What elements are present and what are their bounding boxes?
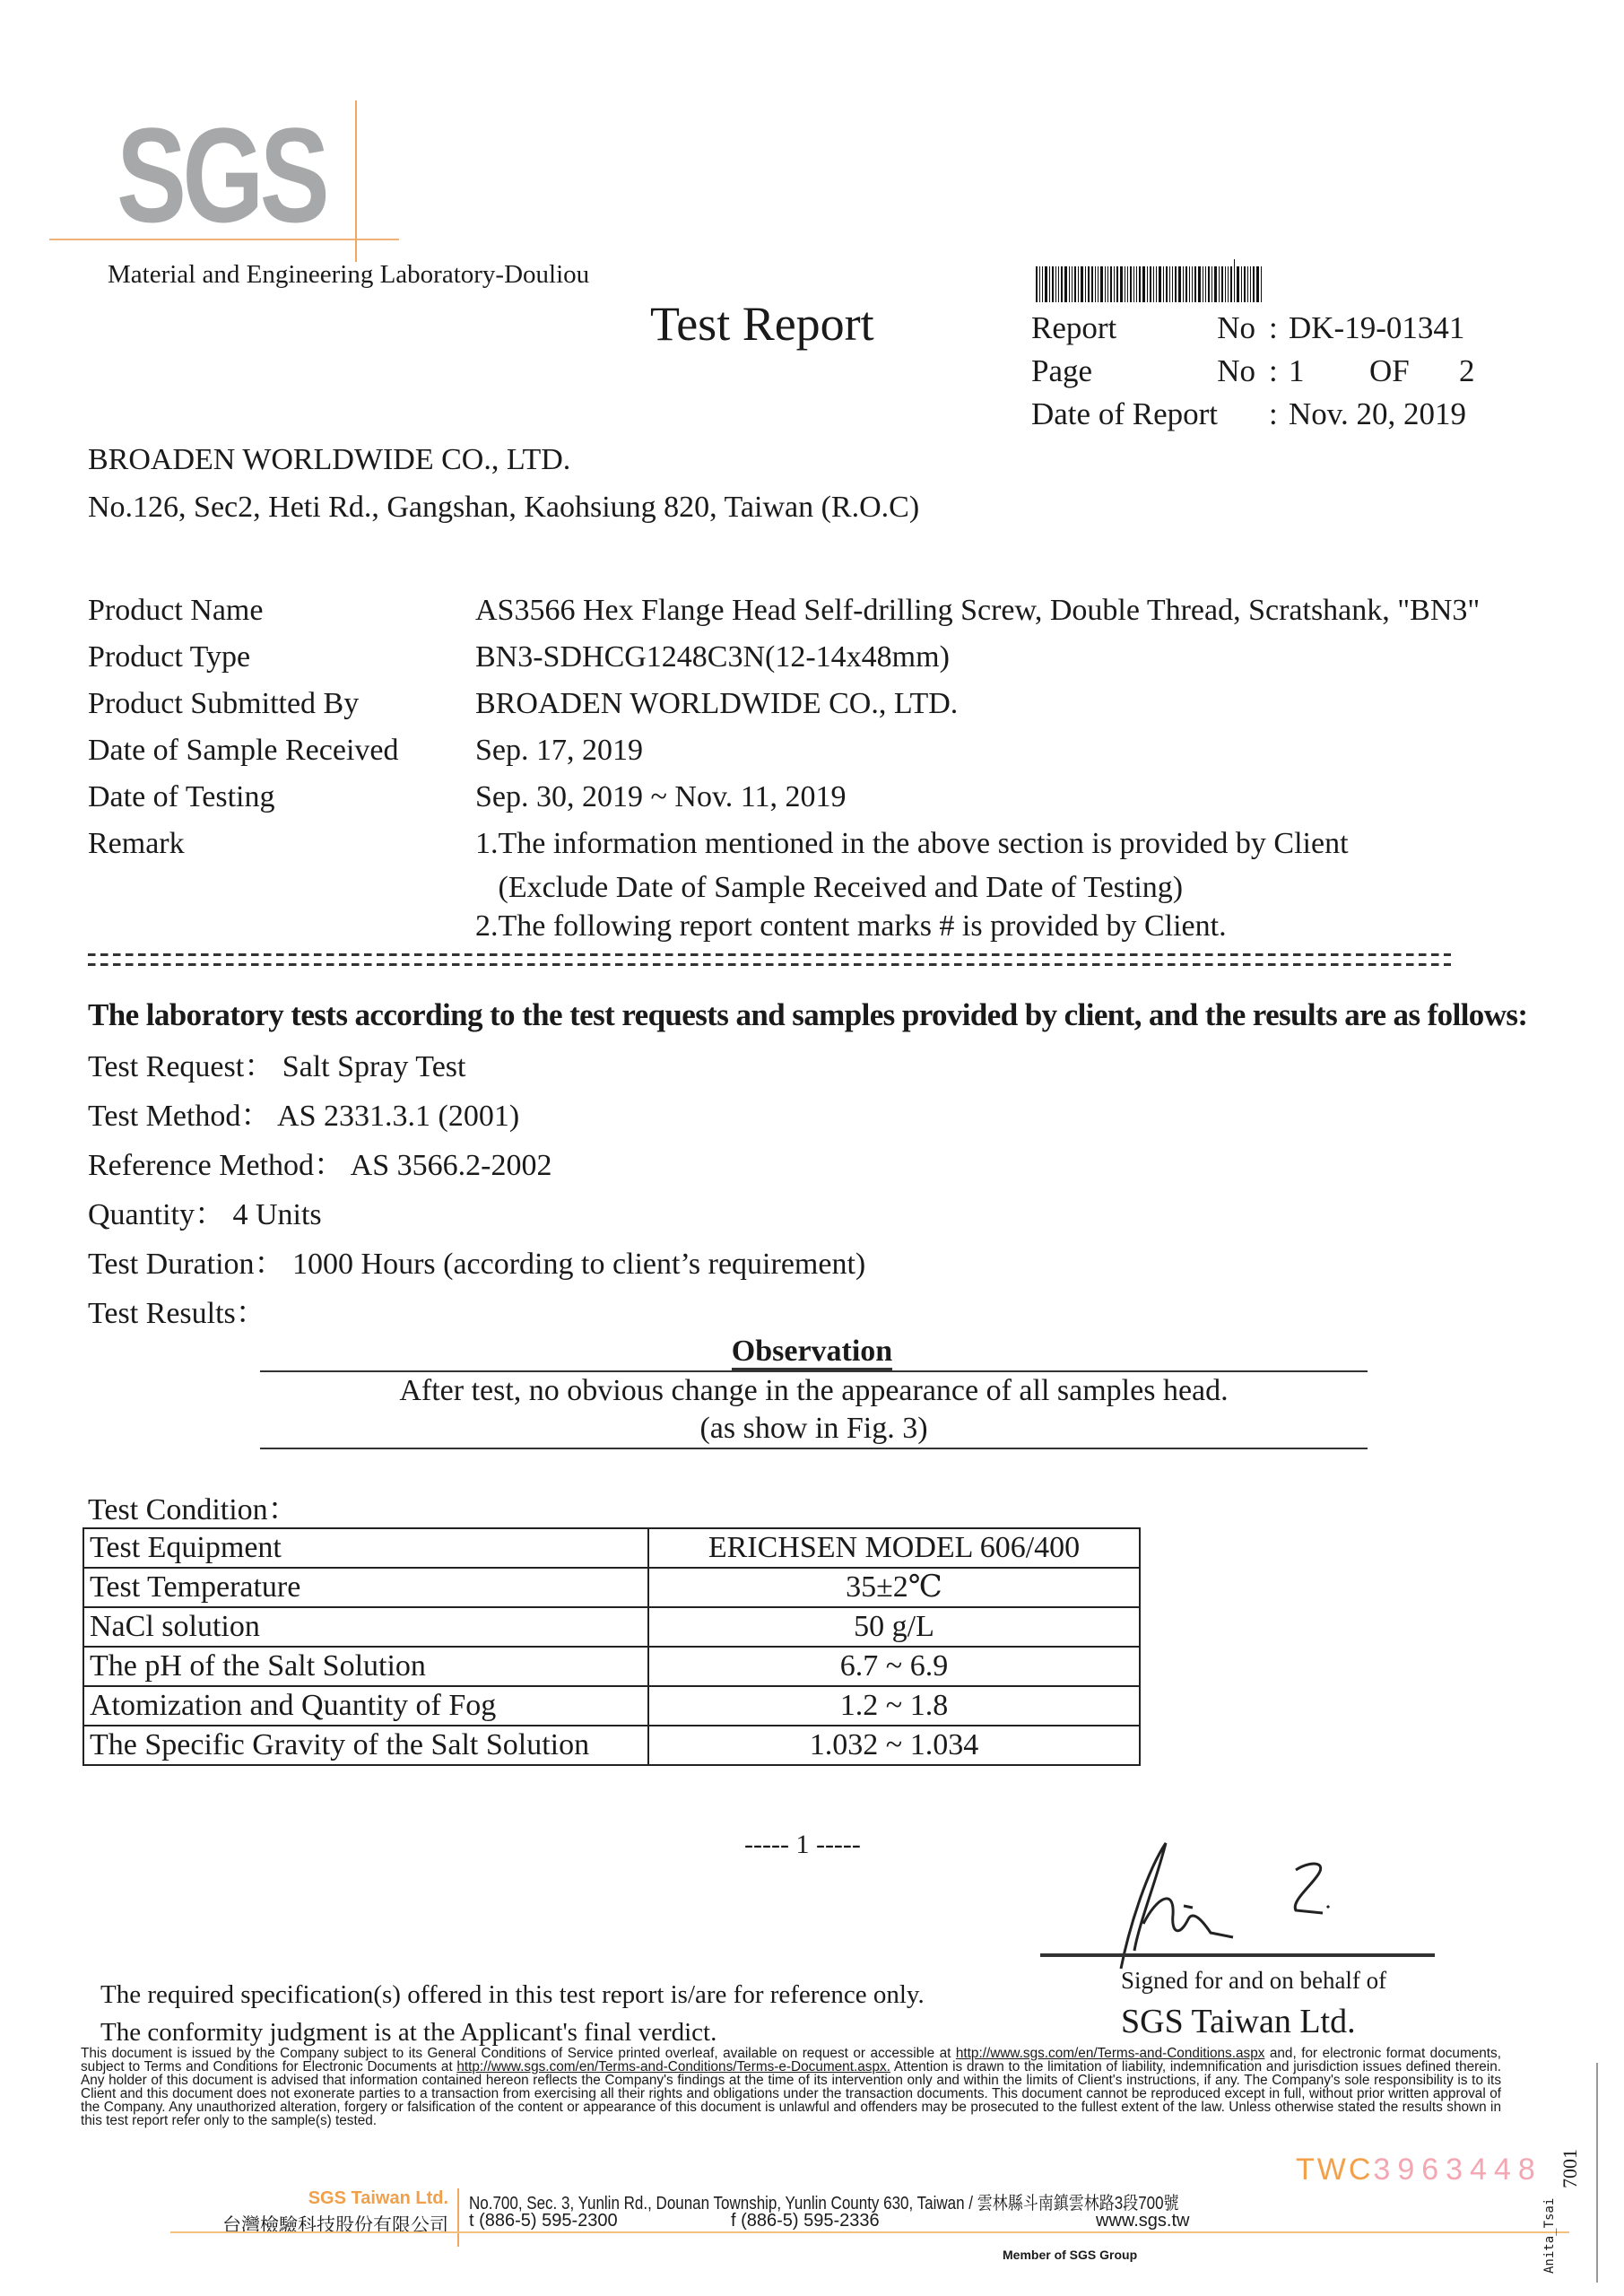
table-row: Test EquipmentERICHSEN MODEL 606/400 [83,1528,1140,1568]
info-label: Product Submitted By [88,681,475,727]
product-info: Product NameAS3566 Hex Flange Head Self-… [88,587,1480,944]
report-no-label: Report [1031,307,1116,350]
info-label [88,909,475,944]
info-value: BN3-SDHCG1248C3N(12-14x48mm) [475,634,950,681]
table-row: Atomization and Quantity of Fog1.2 ~ 1.8 [83,1686,1140,1726]
observation-text: After test, no obvious change in the app… [260,1372,1368,1448]
info-row: (Exclude Date of Sample Received and Dat… [88,867,1480,909]
footer-phone: t (886-5) 595-2300 [469,2211,618,2231]
condition-value: 50 g/L [648,1607,1140,1647]
stamp-prefix: TWC [1296,2152,1373,2187]
footer-company-zh: 台灣檢驗科技股份有限公司 [108,2211,448,2238]
report-meta: ReportNo : DK-19-01341 PageNo : 1 OF 2 D… [1031,307,1475,436]
info-label [88,867,475,909]
test-results-label: Test Results： [88,1289,865,1338]
date-label: Date of Report [1031,393,1218,436]
info-row: Product NameAS3566 Hex Flange Head Self-… [88,587,1480,634]
info-row: Remark1.The information mentioned in the… [88,821,1480,867]
signing-company: SGS Taiwan Ltd. [1121,2002,1356,2041]
lab-name: Material and Engineering Laboratory-Doul… [108,260,589,290]
condition-value: 35±2℃ [648,1568,1140,1607]
condition-value: 1.2 ~ 1.8 [648,1686,1140,1726]
footer-rule [170,2231,1569,2233]
info-value: BROADEN WORLDWIDE CO., LTD. [475,681,958,727]
info-label: Product Type [88,634,475,681]
page-total: 2 [1459,350,1475,393]
footer-website[interactable]: www.sgs.tw [1096,2211,1189,2231]
condition-value: 6.7 ~ 6.9 [648,1647,1140,1686]
condition-key: Test Temperature [83,1568,648,1607]
condition-value: ERICHSEN MODEL 606/400 [648,1528,1140,1568]
report-number: DK-19-01341 [1289,307,1464,350]
separator: : [1269,307,1289,350]
signature-line [1040,1953,1435,1957]
table-row: The Specific Gravity of the Salt Solutio… [83,1726,1140,1765]
info-value: 1.The information mentioned in the above… [475,821,1349,867]
condition-value: 1.032 ~ 1.034 [648,1726,1140,1765]
info-value: (Exclude Date of Sample Received and Dat… [475,867,1183,909]
test-condition-label: Test Condition： [88,1484,299,1528]
info-row: Product TypeBN3-SDHCG1248C3N(12-14x48mm) [88,634,1480,681]
report-date-row: Date of Report : Nov. 20, 2019 [1031,393,1475,436]
info-row: Product Submitted ByBROADEN WORLDWIDE CO… [88,681,1480,727]
divider [88,963,1451,966]
observation-line: (as show in Fig. 3) [260,1410,1368,1448]
client-address: No.126, Sec2, Heti Rd., Gangshan, Kaohsi… [88,491,919,525]
footer-divider [457,2188,459,2247]
quantity: Quantity： 4 Units [88,1190,865,1239]
table-row: The pH of the Salt Solution6.7 ~ 6.9 [83,1647,1140,1686]
condition-key: NaCl solution [83,1607,648,1647]
observation-line: After test, no obvious change in the app… [260,1372,1368,1410]
condition-key: The pH of the Salt Solution [83,1647,648,1686]
info-label: Product Name [88,587,475,634]
separator: : [1269,350,1289,393]
operator-code: Anita_Tsai [1542,2198,1557,2274]
info-value: 2.The following report content marks # i… [475,909,1227,944]
disclaimer-line: The required specification(s) offered in… [100,1976,925,2013]
observation-rule-bottom [260,1448,1368,1449]
info-row: Date of Sample ReceivedSep. 17, 2019 [88,727,1480,774]
page-label2: No [1217,350,1255,393]
report-no-label2: No [1217,307,1255,350]
page-label: Page [1031,350,1092,393]
info-label: Date of Testing [88,774,475,821]
observation-heading: Observation [732,1335,892,1371]
page-of: OF [1369,350,1459,393]
client-name: BROADEN WORLDWIDE CO., LTD. [88,443,570,477]
test-method: Test Method： AS 2331.3.1 (2001) [88,1091,865,1141]
signed-for: Signed for and on behalf of [1121,1967,1386,1995]
observation-title: Observation [0,1335,1624,1369]
table-row: NaCl solution50 g/L [83,1607,1140,1647]
table-row: Test Temperature35±2℃ [83,1568,1140,1607]
legal-fine-print: This document is issued by the Company s… [81,2047,1501,2127]
condition-key: Test Equipment [83,1528,648,1568]
footer-company-en: SGS Taiwan Ltd. [108,2188,448,2209]
condition-key: The Specific Gravity of the Salt Solutio… [83,1726,648,1765]
info-value: AS3566 Hex Flange Head Self-drilling Scr… [475,587,1480,634]
operator-number: 7001 [1559,2149,1582,2188]
disclaimer: The required specification(s) offered in… [100,1976,925,2051]
barcode [1036,266,1390,302]
page-number-row: PageNo : 1 OF 2 [1031,350,1475,393]
results-intro: The laboratory tests according to the te… [88,997,1527,1033]
page-mark: ----- 1 ----- [744,1830,861,1860]
test-details: Test Request： Salt Spray Test Test Metho… [88,1042,865,1338]
info-value: Sep. 17, 2019 [475,727,643,774]
separator: : [1269,393,1289,436]
info-label: Remark [88,821,475,867]
footer-member: Member of SGS Group [1003,2248,1137,2262]
page-edge [1596,2063,1598,2283]
info-row: Date of TestingSep. 30, 2019 ~ Nov. 11, … [88,774,1480,821]
info-value: Sep. 30, 2019 ~ Nov. 11, 2019 [475,774,846,821]
page-title: Test Report [650,296,874,352]
stamp-number: 3963448 [1373,2152,1541,2187]
info-label: Date of Sample Received [88,727,475,774]
sgs-logo: SGS [117,108,326,242]
footer-fax: f (886-5) 595-2336 [731,2211,880,2231]
reference-method: Reference Method： AS 3566.2-2002 [88,1141,865,1190]
footer-company: SGS Taiwan Ltd. 台灣檢驗科技股份有限公司 [108,2188,448,2238]
report-number-row: ReportNo : DK-19-01341 [1031,307,1475,350]
test-condition-table: Test EquipmentERICHSEN MODEL 606/400 Tes… [83,1527,1141,1766]
test-request: Test Request： Salt Spray Test [88,1042,865,1091]
condition-key: Atomization and Quantity of Fog [83,1686,648,1726]
serial-stamp: TWC3963448 [1296,2152,1542,2187]
logo-rule-vertical [355,100,357,262]
test-duration: Test Duration： 1000 Hours (according to … [88,1239,865,1289]
report-date: Nov. 20, 2019 [1289,393,1466,436]
page-current: 1 [1289,350,1369,393]
info-row: 2.The following report content marks # i… [88,909,1480,944]
logo-rule-horizontal [49,239,399,240]
